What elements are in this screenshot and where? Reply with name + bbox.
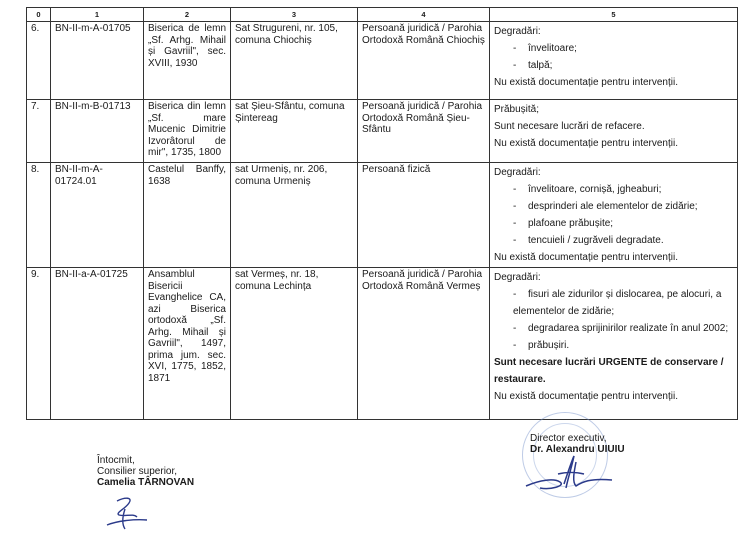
status-bullet: -fisuri ale zidurilor și dislocarea, pe … bbox=[494, 286, 733, 320]
monument-name: Castelul Banffy, 1638 bbox=[144, 163, 231, 268]
bullet-text: învelitoare, cornișă, jgheaburi; bbox=[528, 184, 661, 195]
status-note: Nu există documentație pentru intervenți… bbox=[494, 388, 733, 405]
prepared-label: Întocmit, bbox=[97, 455, 194, 466]
signature-left-icon bbox=[103, 495, 153, 531]
table-row: 9.BN-II-a-A-01725Ansamblul Bisericii Eva… bbox=[27, 268, 738, 420]
monument-status: Degradări:-învelitoare;-talpă;Nu există … bbox=[490, 22, 738, 100]
status-title: Degradări: bbox=[494, 269, 733, 286]
dash-bullet-icon: - bbox=[513, 57, 528, 74]
dash-bullet-icon: - bbox=[513, 198, 528, 215]
monument-code: BN-II-m-A-01724.01 bbox=[51, 163, 144, 268]
row-number: 6. bbox=[27, 22, 51, 100]
header-col-2: 2 bbox=[144, 8, 231, 22]
status-title: Degradări: bbox=[494, 23, 733, 40]
status-bullet: -prăbușiri. bbox=[494, 337, 733, 354]
bullet-text: tencuieli / zugrăveli degradate. bbox=[528, 235, 664, 246]
header-col-3: 3 bbox=[231, 8, 358, 22]
status-note: Sunt necesare lucrări de refacere. bbox=[494, 118, 733, 135]
monument-address: Sat Strugureni, nr. 105, comuna Chiochiș bbox=[231, 22, 358, 100]
row-number: 8. bbox=[27, 163, 51, 268]
bullet-text: degradarea sprijinirilor realizate în an… bbox=[528, 323, 728, 334]
monument-code: BN-II-a-A-01725 bbox=[51, 268, 144, 420]
bullet-text: învelitoare; bbox=[528, 43, 577, 54]
row-number: 7. bbox=[27, 100, 51, 163]
monument-owner: Persoană juridică / Parohia Ortodoxă Rom… bbox=[358, 268, 490, 420]
dash-bullet-icon: - bbox=[513, 320, 528, 337]
status-bullet: -talpă; bbox=[494, 57, 733, 74]
bullet-text: desprinderi ale elementelor de zidărie; bbox=[528, 201, 698, 212]
row-number: 9. bbox=[27, 268, 51, 420]
dash-bullet-icon: - bbox=[513, 215, 528, 232]
status-bullet: -degradarea sprijinirilor realizate în a… bbox=[494, 320, 733, 337]
monuments-table: 0 1 2 3 4 5 6.BN-II-m-A-01705Biserica de… bbox=[26, 7, 738, 420]
director-title: Director executiv, bbox=[530, 433, 625, 444]
prepared-role: Consilier superior, bbox=[97, 466, 194, 477]
monument-address: sat Urmeniș, nr. 206, comuna Urmeniș bbox=[231, 163, 358, 268]
table-row: 7.BN-II-m-B-01713Biserica din lemn „Sf. … bbox=[27, 100, 738, 163]
bullet-text: plafoane prăbușite; bbox=[528, 218, 613, 229]
status-note: Nu există documentație pentru intervenți… bbox=[494, 135, 733, 152]
table-header-row: 0 1 2 3 4 5 bbox=[27, 8, 738, 22]
monument-status: Prăbușită;Sunt necesare lucrări de refac… bbox=[490, 100, 738, 163]
status-bullet: -învelitoare, cornișă, jgheaburi; bbox=[494, 181, 733, 198]
status-title: Prăbușită; bbox=[494, 101, 733, 118]
prepared-name: Camelia TÂRNOVAN bbox=[97, 477, 194, 488]
status-bullet: -plafoane prăbușite; bbox=[494, 215, 733, 232]
dash-bullet-icon: - bbox=[513, 337, 528, 354]
monument-owner: Persoană juridică / Parohia Ortodoxă Rom… bbox=[358, 22, 490, 100]
dash-bullet-icon: - bbox=[513, 181, 528, 198]
monument-status: Degradări:-fisuri ale zidurilor și dislo… bbox=[490, 268, 738, 420]
status-note: Nu există documentație pentru intervenți… bbox=[494, 249, 733, 266]
monument-code: BN-II-m-A-01705 bbox=[51, 22, 144, 100]
header-col-5: 5 bbox=[490, 8, 738, 22]
header-col-4: 4 bbox=[358, 8, 490, 22]
monument-name: Biserica din lemn „Sf. mare Mucenic Dimi… bbox=[144, 100, 231, 163]
bullet-text: prăbușiri. bbox=[528, 340, 569, 351]
status-title: Degradări: bbox=[494, 164, 733, 181]
dash-bullet-icon: - bbox=[513, 40, 528, 57]
status-bullet: -tencuieli / zugrăveli degradate. bbox=[494, 232, 733, 249]
header-col-1: 1 bbox=[51, 8, 144, 22]
header-col-0: 0 bbox=[27, 8, 51, 22]
monument-owner: Persoană juridică / Parohia Ortodoxă Rom… bbox=[358, 100, 490, 163]
dash-bullet-icon: - bbox=[513, 286, 528, 303]
monument-code: BN-II-m-B-01713 bbox=[51, 100, 144, 163]
monument-owner: Persoană fizică bbox=[358, 163, 490, 268]
status-bullet: -învelitoare; bbox=[494, 40, 733, 57]
monument-name: Ansamblul Bisericii Evanghelice CA, azi … bbox=[144, 268, 231, 420]
status-bullet: -desprinderi ale elementelor de zidărie; bbox=[494, 198, 733, 215]
prepared-by-block: Întocmit, Consilier superior, Camelia TÂ… bbox=[97, 455, 194, 488]
status-note: Nu există documentație pentru intervenți… bbox=[494, 74, 733, 91]
signature-right-icon bbox=[520, 452, 620, 494]
monument-status: Degradări:-învelitoare, cornișă, jgheabu… bbox=[490, 163, 738, 268]
dash-bullet-icon: - bbox=[513, 232, 528, 249]
table-row: 6.BN-II-m-A-01705Biserica de lemn „Sf. A… bbox=[27, 22, 738, 100]
monument-address: sat Vermeș, nr. 18, comuna Lechința bbox=[231, 268, 358, 420]
table-row: 8.BN-II-m-A-01724.01Castelul Banffy, 163… bbox=[27, 163, 738, 268]
monument-address: sat Șieu-Sfântu, comuna Șintereag bbox=[231, 100, 358, 163]
bullet-text: fisuri ale zidurilor și dislocarea, pe a… bbox=[513, 289, 721, 317]
urgent-note: Sunt necesare lucrări URGENTE de conserv… bbox=[494, 354, 733, 388]
bullet-text: talpă; bbox=[528, 60, 552, 71]
monument-name: Biserica de lemn „Sf. Arhg. Mihail și Ga… bbox=[144, 22, 231, 100]
